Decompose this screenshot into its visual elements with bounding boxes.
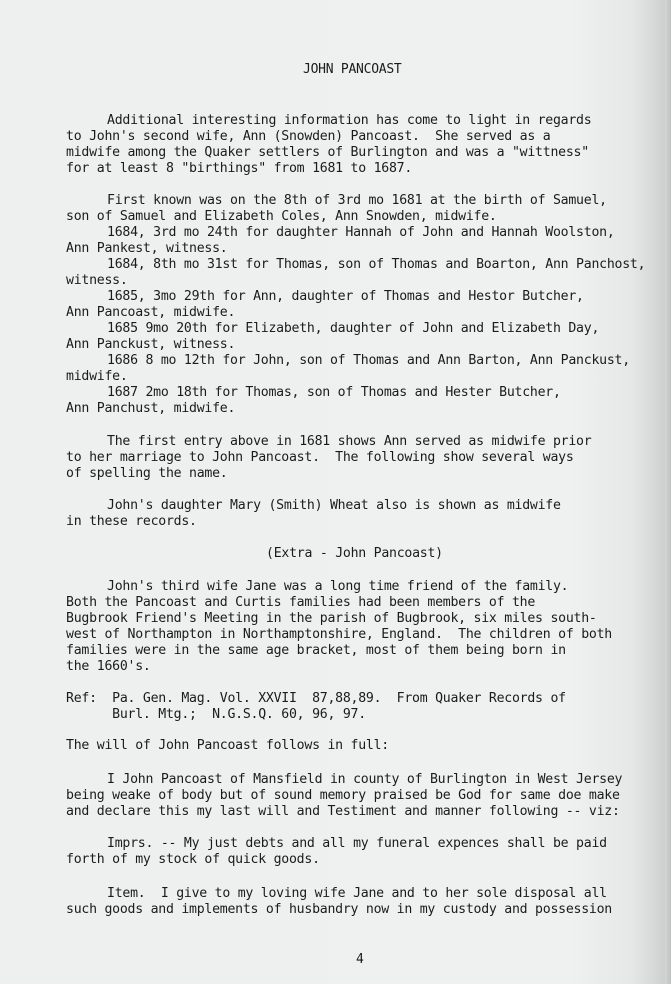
will-text-line: Item. I give to my loving wife Jane and … — [107, 886, 607, 902]
will-text-line: and declare this my last will and Testim… — [66, 804, 620, 820]
record-entry-line: Ann Pankest, witness. — [66, 241, 227, 257]
record-entry-line: 1685, 3mo 29th for Ann, daughter of Thom… — [107, 289, 584, 305]
paragraph-line: The will of John Pancoast follows in ful… — [66, 738, 389, 754]
reference-line: Ref: Pa. Gen. Mag. Vol. XXVII 87,88,89. … — [66, 691, 566, 707]
paragraph-line: First known was on the 8th of 3rd mo 168… — [107, 193, 607, 209]
record-entry-line: 1686 8 mo 12th for John, son of Thomas a… — [107, 353, 630, 369]
paragraph-line: to her marriage to John Pancoast. The fo… — [66, 450, 574, 466]
paragraph-line: John's third wife Jane was a long time f… — [107, 579, 568, 595]
will-text-line: Imprs. -- My just debts and all my funer… — [107, 836, 607, 852]
paragraph-line: midwife among the Quaker settlers of Bur… — [66, 145, 589, 161]
will-text-line: being weake of body but of sound memory … — [66, 788, 620, 804]
paragraph-line: son of Samuel and Elizabeth Coles, Ann S… — [66, 209, 497, 225]
page-edge-shadow — [665, 0, 671, 984]
paragraph-line: the 1660's. — [66, 659, 151, 675]
will-text-line: I John Pancoast of Mansfield in county o… — [107, 772, 622, 788]
paragraph-line: Additional interesting information has c… — [107, 113, 591, 129]
section-subheading: (Extra - John Pancoast) — [266, 546, 443, 562]
paragraph-line: Bugbrook Friend's Meeting in the parish … — [66, 611, 597, 627]
will-text-line: forth of my stock of quick goods. — [66, 852, 320, 868]
record-entry-line: midwife. — [66, 369, 128, 385]
paragraph-line: The first entry above in 1681 shows Ann … — [107, 434, 591, 450]
paragraph-line: to John's second wife, Ann (Snowden) Pan… — [66, 129, 550, 145]
paragraph-line: west of Northampton in Northamptonshire,… — [66, 627, 612, 643]
reference-line: Burl. Mtg.; N.G.S.Q. 60, 96, 97. — [66, 707, 366, 723]
document-page: JOHN PANCOAST Additional interesting inf… — [0, 0, 671, 984]
paragraph-line: of spelling the name. — [66, 466, 227, 482]
record-entry-line: 1684, 3rd mo 24th for daughter Hannah of… — [107, 225, 615, 241]
record-entry-line: 1685 9mo 20th for Elizabeth, daughter of… — [107, 321, 599, 337]
page-number: 4 — [356, 952, 364, 968]
will-text-line: such goods and implements of husbandry n… — [66, 902, 612, 918]
paragraph-line: Both the Pancoast and Curtis families ha… — [66, 595, 535, 611]
record-entry-line: Ann Panckust, witness. — [66, 337, 235, 353]
page-title: JOHN PANCOAST — [303, 62, 402, 78]
paragraph-line: John's daughter Mary (Smith) Wheat also … — [107, 498, 561, 514]
record-entry-line: 1687 2mo 18th for Thomas, son of Thomas … — [107, 385, 561, 401]
paragraph-line: for at least 8 "birthings" from 1681 to … — [66, 161, 412, 177]
paragraph-line: in these records. — [66, 514, 197, 530]
record-entry-line: witness. — [66, 273, 128, 289]
paragraph-line: families were in the same age bracket, m… — [66, 643, 566, 659]
record-entry-line: Ann Panchust, midwife. — [66, 401, 235, 417]
record-entry-line: Ann Pancoast, midwife. — [66, 305, 235, 321]
record-entry-line: 1684, 8th mo 31st for Thomas, son of Tho… — [107, 257, 645, 273]
